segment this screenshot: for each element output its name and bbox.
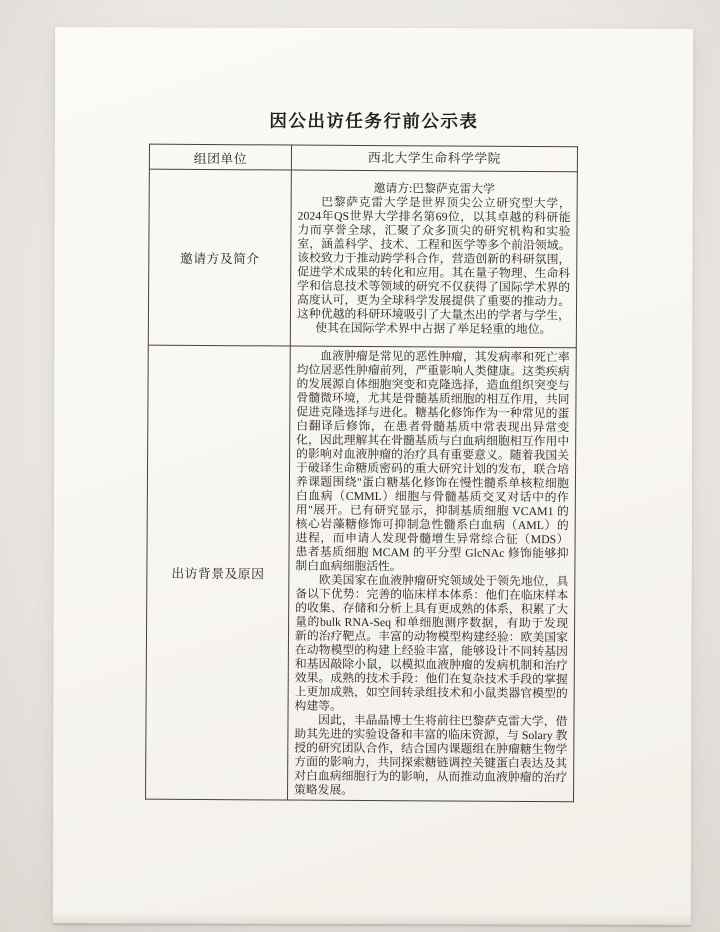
table-row-group-unit: 组团单位 西北大学生命科学学院: [149, 144, 577, 172]
visit-background-paragraph-1: 血液肿瘤是常见的恶性肿瘤，其发病率和死亡率均位居恶性肿瘤前列，严重影响人类健康。…: [295, 349, 569, 575]
table-row-visit-background: 出访背景及原因 血液肿瘤是常见的恶性肿瘤，其发病率和死亡率均位居恶性肿瘤前列，严…: [146, 345, 577, 802]
visit-background-paragraph-2: 欧美国家在血液肿瘤研究领域处于领先地位，具备以下优势：完善的临床样本体系：他们在…: [295, 573, 569, 715]
visit-background-section-label: 出访背景及原因: [146, 345, 291, 800]
document-title: 因公出访任务行前公示表: [55, 107, 693, 134]
group-unit-label: 组团单位: [149, 144, 291, 170]
visit-background-paragraph-3: 因此，丰晶晶博士生将前往巴黎萨克雷大学，借助其先进的实验设备和丰富的临床资源，与…: [294, 713, 568, 799]
photo-background: 因公出访任务行前公示表 组团单位 西北大学生命科学学院 邀请方及简介 邀请方:巴…: [0, 0, 720, 932]
paper-sheet: 因公出访任务行前公示表 组团单位 西北大学生命科学学院 邀请方及简介 邀请方:巴…: [53, 27, 693, 925]
group-unit-value: 西北大学生命科学学院: [291, 145, 577, 172]
inviter-section-label: 邀请方及简介: [148, 169, 291, 346]
form-table: 组团单位 西北大学生命科学学院 邀请方及简介 邀请方:巴黎萨克雷大学 巴黎萨克雷…: [145, 144, 578, 803]
inviter-intro-paragraph: 巴黎萨克雷大学是世界顶尖公立研究型大学，2024年QS世界大学排名第69位，以其…: [297, 195, 571, 337]
table-row-inviter: 邀请方及简介 邀请方:巴黎萨克雷大学 巴黎萨克雷大学是世界顶尖公立研究型大学，2…: [148, 169, 577, 348]
